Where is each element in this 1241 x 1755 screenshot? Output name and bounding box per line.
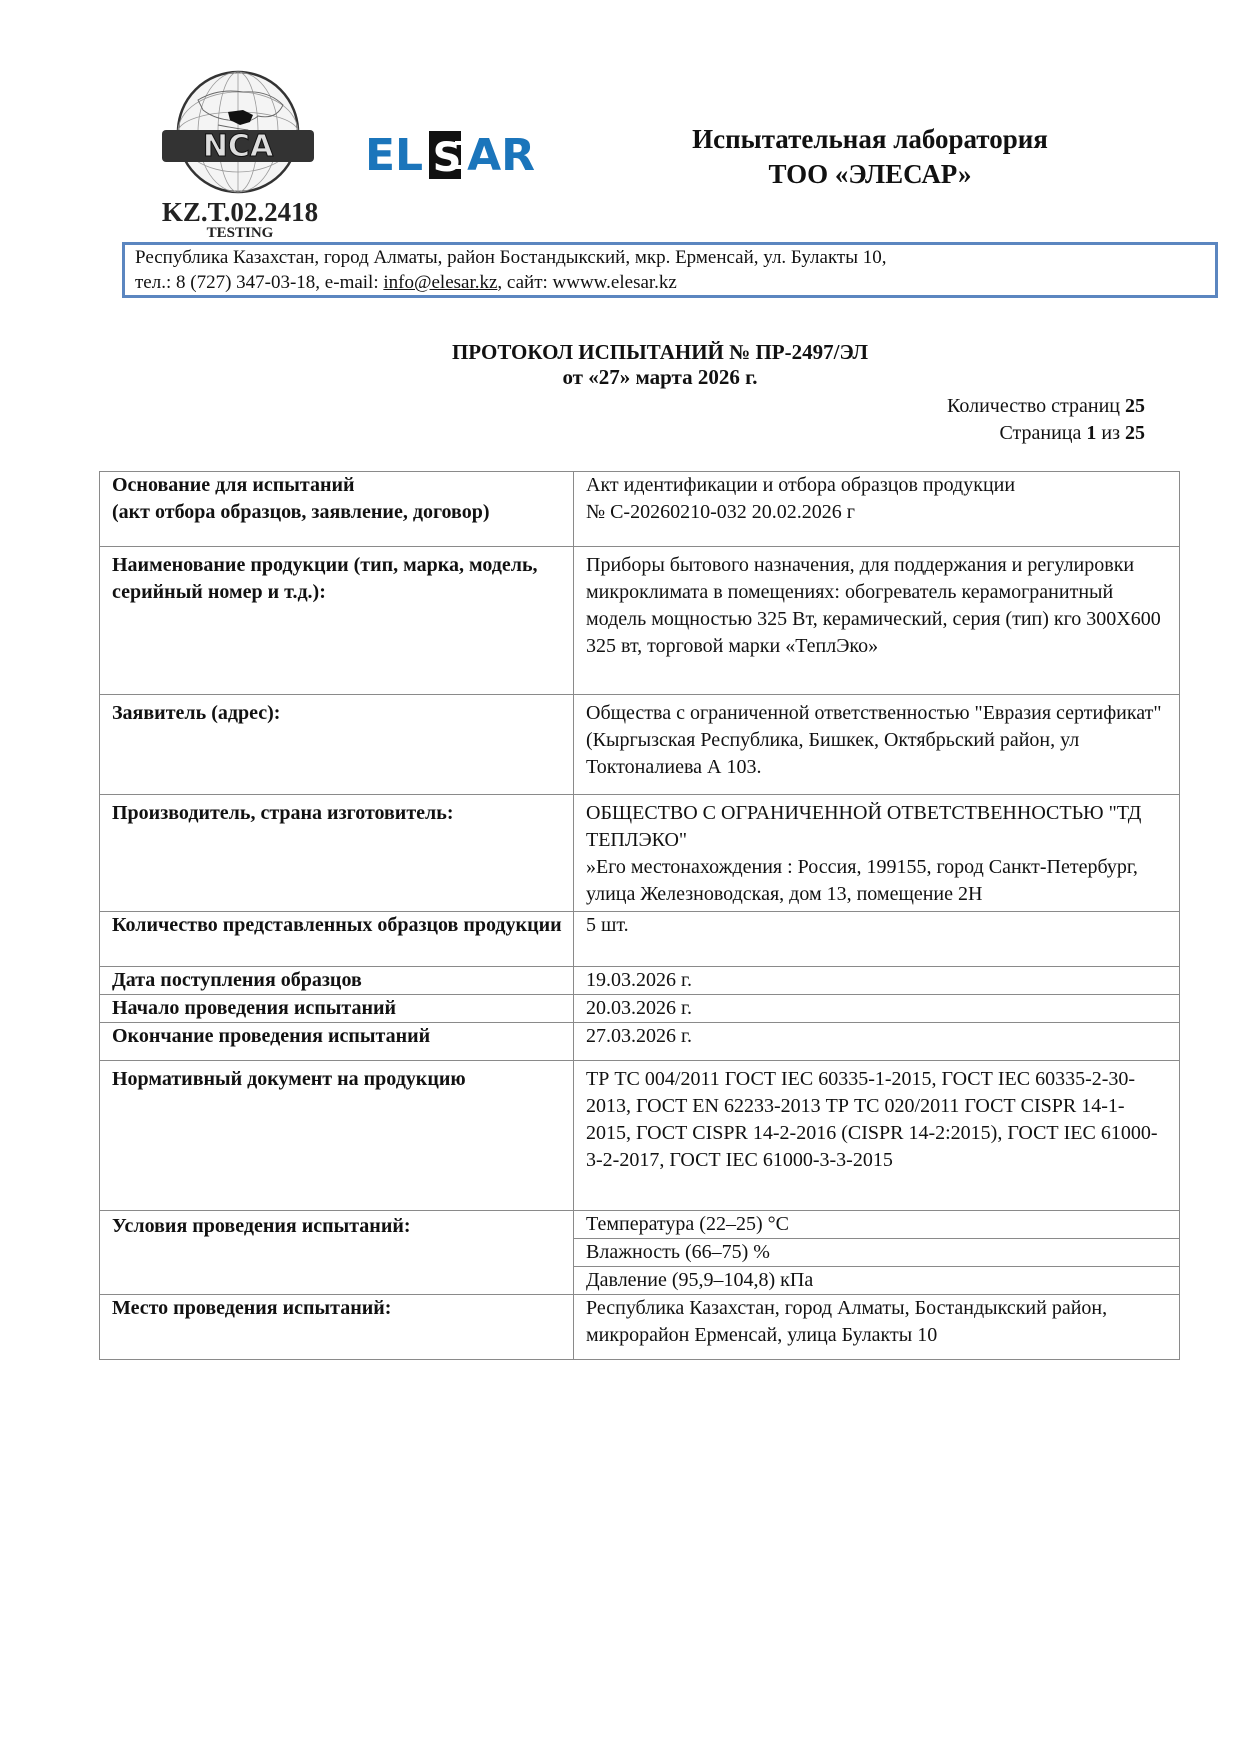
svg-text:S: S <box>433 135 462 181</box>
condition-humidity: Влажность (66–75) % <box>574 1239 1179 1267</box>
table-row: Нормативный документ на продукцию ТР ТС … <box>100 1061 1180 1211</box>
elesar-logo: EL S AR <box>365 130 535 180</box>
row-value: ОБЩЕСТВО С ОГРАНИЧЕННОЙ ОТВЕТСТВЕННОСТЬЮ… <box>574 795 1180 912</box>
lab-title-line2: ТОО «ЭЛЕСАР» <box>640 157 1100 192</box>
row-value: 20.03.2026 г. <box>574 995 1180 1023</box>
row-label: Место проведения испытаний: <box>100 1295 574 1360</box>
svg-text:NCA: NCA <box>203 129 274 164</box>
row-label: Условия проведения испытаний: <box>100 1211 574 1295</box>
row-value: Республика Казахстан, город Алматы, Бост… <box>574 1295 1180 1360</box>
row-label: Основание для испытаний (акт отбора обра… <box>100 472 574 547</box>
table-row: Производитель, страна изготовитель: ОБЩЕ… <box>100 795 1180 912</box>
row-value: ТР ТС 004/2011 ГОСТ IEC 60335-1-2015, ГО… <box>574 1061 1180 1211</box>
elesar-mark-icon: S <box>425 129 465 181</box>
table-row: Основание для испытаний (акт отбора обра… <box>100 472 1180 547</box>
nca-logo: NCA <box>158 70 318 200</box>
row-label: Нормативный документ на продукцию <box>100 1061 574 1211</box>
accreditation-code: KZ.T.02.2418 <box>130 198 350 226</box>
protocol-title: ПРОТОКОЛ ИСПЫТАНИЙ № ПР-2497/ЭЛ <box>300 340 1020 365</box>
row-label: Наименование продукции (тип, марка, моде… <box>100 547 574 695</box>
table-row: Количество представленных образцов проду… <box>100 912 1180 967</box>
phone-text: тел.: 8 (727) 347-03-18, e-mail: <box>135 272 383 293</box>
row-value: 5 шт. <box>574 912 1180 967</box>
page-info: Количество страниц 25 Страница 1 из 25 <box>947 393 1145 447</box>
accreditation-label: TESTING <box>130 225 350 241</box>
table-row: Начало проведения испытаний 20.03.2026 г… <box>100 995 1180 1023</box>
contact-box: Республика Казахстан, город Алматы, райо… <box>122 242 1218 298</box>
lab-title-line1: Испытательная лаборатория <box>640 122 1100 157</box>
table-row: Заявитель (адрес): Общества с ограниченн… <box>100 695 1180 795</box>
protocol-info-table: Основание для испытаний (акт отбора обра… <box>99 471 1180 1360</box>
table-row-location: Место проведения испытаний: Республика К… <box>100 1295 1180 1360</box>
row-label: Начало проведения испытаний <box>100 995 574 1023</box>
conditions-cell: Температура (22–25) °С Влажность (66–75)… <box>574 1211 1180 1295</box>
row-value: Приборы бытового назначения, для поддерж… <box>574 547 1180 695</box>
row-value: Общества с ограниченной ответственностью… <box>574 695 1180 795</box>
row-label: Дата поступления образцов <box>100 967 574 995</box>
table-row: Окончание проведения испытаний 27.03.202… <box>100 1023 1180 1061</box>
elesar-logo-left: EL <box>365 130 423 181</box>
protocol-header: ПРОТОКОЛ ИСПЫТАНИЙ № ПР-2497/ЭЛ от «27» … <box>300 340 1020 390</box>
table-row: Дата поступления образцов 19.03.2026 г. <box>100 967 1180 995</box>
elesar-logo-right: AR <box>467 130 535 181</box>
row-label: Заявитель (адрес): <box>100 695 574 795</box>
address-line: Республика Казахстан, город Алматы, райо… <box>135 245 1215 270</box>
email-link[interactable]: info@elesar.kz <box>383 272 497 293</box>
contact-line: тел.: 8 (727) 347-03-18, e-mail: info@el… <box>135 270 1215 295</box>
protocol-date: от «27» марта 2026 г. <box>300 365 1020 390</box>
condition-pressure: Давление (95,9–104,8) кПа <box>574 1267 1179 1294</box>
row-value: Акт идентификации и отбора образцов прод… <box>574 472 1180 547</box>
condition-temperature: Температура (22–25) °С <box>574 1211 1179 1239</box>
row-label: Количество представленных образцов проду… <box>100 912 574 967</box>
page-number: Страница 1 из 25 <box>947 420 1145 447</box>
lab-title: Испытательная лаборатория ТОО «ЭЛЕСАР» <box>640 122 1100 192</box>
row-value: 19.03.2026 г. <box>574 967 1180 995</box>
row-label: Производитель, страна изготовитель: <box>100 795 574 912</box>
table-row-conditions: Условия проведения испытаний: Температур… <box>100 1211 1180 1295</box>
row-label: Окончание проведения испытаний <box>100 1023 574 1061</box>
table-row: Наименование продукции (тип, марка, моде… <box>100 547 1180 695</box>
page-count: Количество страниц 25 <box>947 393 1145 420</box>
globe-icon: NCA <box>158 70 318 200</box>
site-text: , сайт: wwww.elesar.kz <box>497 272 676 293</box>
row-value: 27.03.2026 г. <box>574 1023 1180 1061</box>
